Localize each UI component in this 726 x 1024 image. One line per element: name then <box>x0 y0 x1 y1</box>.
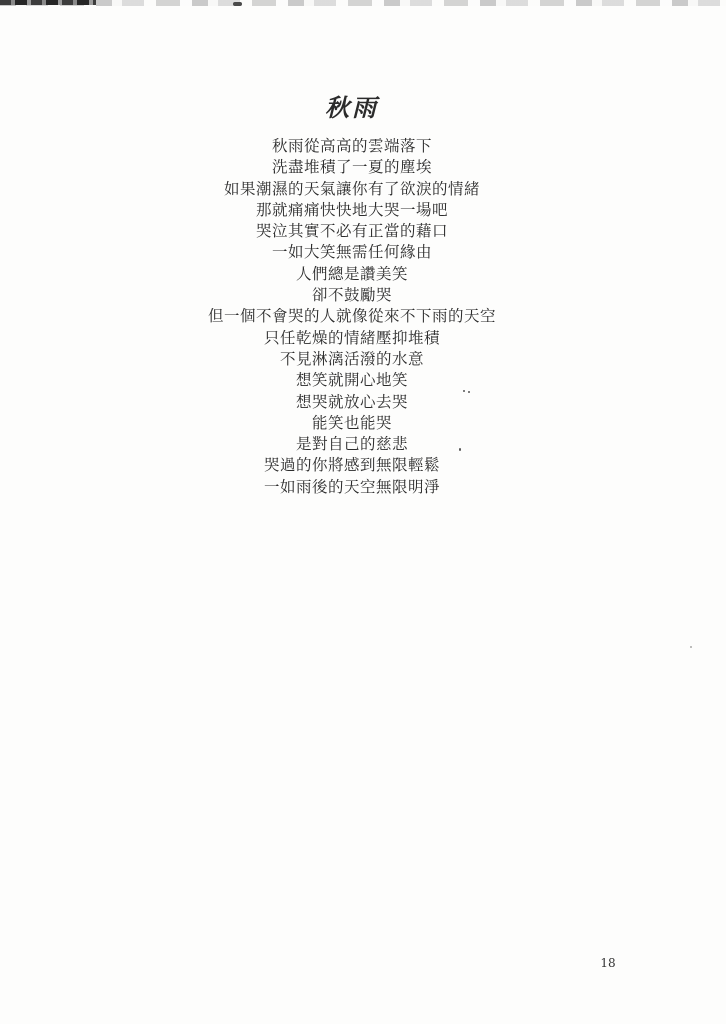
scan-artifact-top-left <box>0 0 96 5</box>
poem-line: 洗盡堆積了一夏的塵埃 <box>0 157 704 178</box>
scan-speckle <box>463 390 465 392</box>
poem-line: 卻不鼓勵哭 <box>0 285 704 306</box>
poem-title: 秋雨 <box>0 88 704 123</box>
poem-line: 一如大笑無需任何緣由 <box>0 242 704 263</box>
poem-line: 哭泣其實不必有正當的藉口 <box>0 221 704 242</box>
poem-line: 是對自己的慈悲 <box>0 434 704 455</box>
scan-speckle <box>468 391 470 393</box>
poem-line: 但一個不會哭的人就像從來不下雨的天空 <box>0 306 704 327</box>
poem-line: 能笑也能哭 <box>0 413 704 434</box>
poem-line: 不見淋漓活潑的水意 <box>0 349 704 370</box>
poem-line: 人們總是讚美笑 <box>0 264 704 285</box>
poem-line: 想哭就放心去哭 <box>0 392 704 413</box>
poem-line: 如果潮濕的天氣讓你有了欲淚的情緒 <box>0 179 704 200</box>
poem-line: 哭過的你將感到無限輕鬆 <box>0 455 704 476</box>
poem-line: 只任乾燥的情緒壓抑堆積 <box>0 328 704 349</box>
document-page: 秋雨 秋雨從高高的雲端落下洗盡堆積了一夏的塵埃如果潮濕的天氣讓你有了欲淚的情緒那… <box>0 0 726 1024</box>
scan-artifact-blob <box>233 2 242 6</box>
poem-line: 那就痛痛快快地大哭一場吧 <box>0 200 704 221</box>
page-number: 18 <box>588 956 628 970</box>
poem-body: 秋雨從高高的雲端落下洗盡堆積了一夏的塵埃如果潮濕的天氣讓你有了欲淚的情緒那就痛痛… <box>0 136 704 498</box>
scan-artifact-top-strip <box>0 0 726 6</box>
poem-line: 想笑就開心地笑 <box>0 370 704 391</box>
poem-line: 一如雨後的天空無限明淨 <box>0 477 704 498</box>
poem-line: 秋雨從高高的雲端落下 <box>0 136 704 157</box>
scan-speckle <box>690 646 692 648</box>
scan-speckle <box>459 448 461 451</box>
